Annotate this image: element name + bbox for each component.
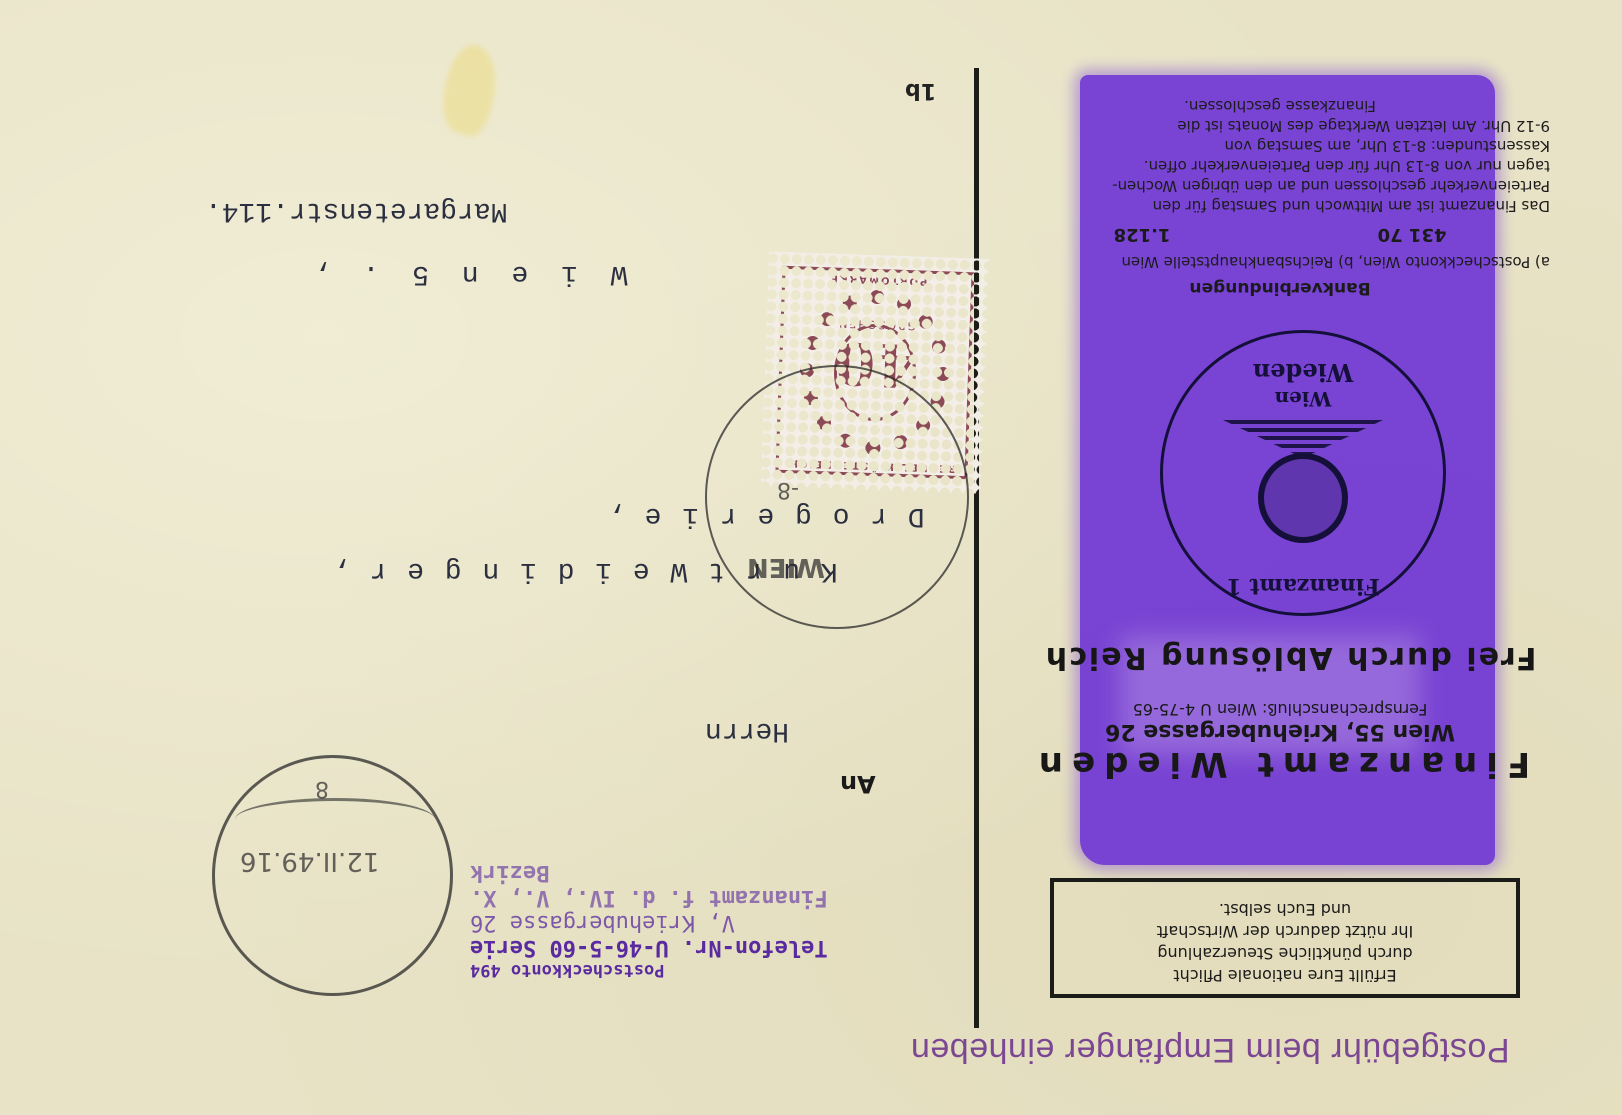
postmark-place: WIEN [747, 552, 825, 582]
slogan-box: Erfüllt Eure nationale Pflicht durch pün… [1050, 878, 1520, 998]
hours-line: tagen nur von 8-13 Uhr für den Parteienv… [1010, 156, 1550, 176]
postmark-date: 12.II.49.16 [240, 846, 379, 876]
seal-city: Wien [1163, 387, 1443, 411]
hours-line: Kassenstunden: 8-13 Uhr, am Samstag von [1010, 136, 1550, 156]
office-stamp-line: Finanzamt f. d. IV., V., X. Bezirk [470, 860, 870, 910]
office-header: Finanzamt Wieden Wien 55, Kriehubergasse… [1020, 700, 1540, 784]
office-stamp-line: Telefon-Nr. U-46-5-60 Serie [470, 935, 870, 960]
recipient-city: W i e n 5 . , [305, 258, 627, 289]
page-mark: 1b [905, 78, 936, 103]
office-stamp-line: V, Kriehubergasse 26 [470, 910, 870, 935]
postmark-arc [235, 798, 435, 841]
stamp-label: PORTOMARKE [785, 271, 971, 288]
bank-header: Bankverbindungen [1010, 278, 1550, 298]
seal-wings-icon [1223, 420, 1383, 458]
bank-number: 431 70 [1378, 224, 1447, 244]
slogan-line: durch pünktliche Steuerzahlung [1068, 942, 1502, 964]
hours-line: Parteienverkehr geschlossen und an den ü… [1010, 176, 1550, 196]
seal-district: Wieden [1163, 358, 1443, 387]
office-name: Finanzamt Wieden [1020, 744, 1540, 784]
seal-ring-text: Finanzamt 1 [1163, 573, 1443, 599]
hours-line: Das Finanzamt ist am Mittwoch und Samsta… [1010, 196, 1550, 216]
bank-info-block: Bankverbindungen a) Postscheckkonto Wien… [1010, 60, 1550, 310]
bank-number: 1.128 [1114, 224, 1171, 244]
hours-line: 9-12 Uhr. Am letzten Werktage des Monats… [1010, 116, 1550, 136]
bank-numbers: 431 70 1.128 [1010, 224, 1550, 244]
postmark-over-stamp: WIEN -8 [705, 365, 969, 629]
postmark-arrival: 12.II.49.16 8 [212, 755, 453, 996]
hours-line: Finanzkasse geschlossen. [1010, 96, 1550, 116]
office-rubber-stamp: Postscheckkonto 494 Telefon-Nr. U-46-5-6… [470, 860, 870, 980]
seal-emblem-icon [1258, 453, 1348, 543]
panel-divider-line [974, 68, 979, 1028]
postmark-index: 8 [315, 776, 329, 801]
office-phone: Fernsprechanschluß: Wien U 4-75-65 [1020, 700, 1540, 719]
franking-text: Frei durch Ablösung Reich [1040, 640, 1540, 675]
slogan-line: und Euch selbst. [1068, 898, 1502, 920]
postmark-date: -8 [777, 477, 799, 502]
official-seal: Finanzamt 1 Wien Wieden [1160, 330, 1446, 616]
envelope: 1b Bankverbindungen a) Postscheckkonto W… [0, 0, 1622, 1115]
slogan-line: Ihr nützt dadurch der Wirtschaft [1068, 920, 1502, 942]
recipient-street: Margaretenstr.114. [205, 195, 507, 226]
recipient-title: Herrn [705, 715, 789, 746]
recipient-salutation: An [840, 770, 876, 798]
office-address: Wien 55, Kriehubergasse 26 [1020, 719, 1540, 744]
slogan-line: Erfüllt Eure nationale Pflicht [1068, 964, 1502, 986]
office-stamp-line: Postscheckkonto 494 [470, 960, 870, 980]
bank-line: a) Postscheckkonto Wien, b) Reichsbankha… [1010, 252, 1550, 272]
paper-stain [434, 40, 506, 140]
postage-due-note: Postgebühr beim Empfänger einheben [880, 1030, 1540, 1069]
